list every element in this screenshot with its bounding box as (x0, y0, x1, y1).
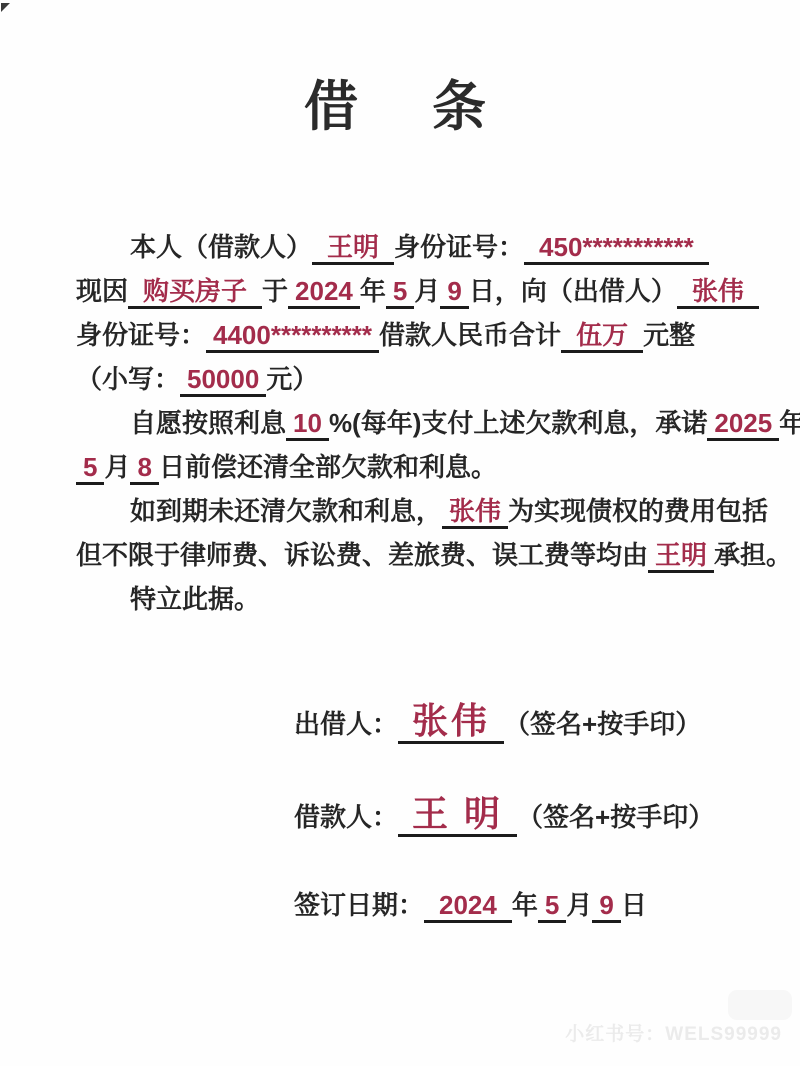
static-text: 月 (104, 452, 130, 482)
static-text: 月 (414, 276, 440, 306)
document-title: 借 条 (0, 64, 800, 141)
static-text: 现因 (76, 276, 128, 306)
filled-blank: 450*********** (524, 232, 709, 265)
faded-badge (728, 990, 792, 1020)
filled-blank: 10 (286, 408, 329, 441)
filled-blank: 8 (130, 452, 158, 485)
filled-blank: 王明 (648, 540, 714, 573)
static-text: 元） (266, 364, 318, 394)
static-text: 出借人： (294, 709, 398, 739)
signing-date-line: 签订日期：2024年5月9日 (294, 885, 800, 922)
body-line-amount-numeric: （小写：50000元） (76, 357, 754, 401)
filled-blank: 5 (386, 276, 414, 309)
handwritten-signature: 王 明 (398, 793, 517, 837)
lender-signature-line: 出借人：张伟（签名+按手印） (294, 693, 800, 744)
static-text: （签名+按手印） (504, 709, 701, 739)
body-line-closing: 特立此据。 (76, 577, 754, 621)
filled-blank: 9 (592, 890, 620, 923)
iou-document-page: 借 条 本人（借款人）王明身份证号：450*********** 现因购买房子于… (0, 0, 800, 1066)
body-line-repay-date: 5月8日前偿还清全部欠款和利息。 (76, 445, 754, 489)
filled-blank: 4400********** (206, 320, 379, 353)
document-body: 本人（借款人）王明身份证号：450*********** 现因购买房子于2024… (76, 225, 754, 621)
static-text: 借款人民币合计 (379, 320, 561, 350)
filled-blank: 5 (538, 890, 566, 923)
static-text: 签订日期： (294, 890, 424, 920)
borrower-signature-line: 借款人：王 明（签名+按手印） (294, 786, 800, 837)
static-text: 借款人： (294, 802, 398, 832)
body-line-lender-id-amount: 身份证号：4400**********借款人民币合计伍万元整 (76, 313, 754, 357)
body-line-default-clause-2: 但不限于律师费、诉讼费、差旅费、误工费等均由王明承担。 (76, 533, 754, 577)
static-text: 身份证号： (76, 320, 206, 350)
filled-blank: 张伟 (442, 496, 508, 529)
static-text: （签名+按手印） (517, 802, 714, 832)
body-line-interest: 自愿按照利息10%(每年)支付上述欠款利息，承诺2025年 (76, 401, 754, 445)
static-text: 日，向（出借人） (469, 276, 677, 306)
static-text: %(每年)支付上述欠款利息，承诺 (329, 408, 707, 438)
filled-blank: 2024 (424, 890, 512, 923)
static-text: 月 (566, 890, 592, 920)
static-text: 元整 (643, 320, 695, 350)
static-text: 本人（借款人） (130, 232, 312, 262)
static-text: 身份证号： (394, 232, 524, 262)
static-text: 自愿按照利息 (130, 408, 286, 438)
filled-blank: 伍万 (561, 320, 643, 353)
filled-blank: 5 (76, 452, 104, 485)
filled-blank: 张伟 (677, 276, 759, 309)
static-text: 但不限于律师费、诉讼费、差旅费、误工费等均由 (76, 540, 648, 570)
filled-blank: 50000 (180, 364, 266, 397)
static-text: 承担。 (714, 540, 792, 570)
static-text: 年 (779, 408, 800, 438)
filled-blank: 王明 (312, 232, 394, 265)
body-line-borrower-id: 本人（借款人）王明身份证号：450*********** (76, 225, 754, 269)
static-text: 年 (512, 890, 538, 920)
xiaohongshu-watermark: 小红书号：WELS99999 (565, 1019, 782, 1046)
static-text: 日前偿还清全部欠款和利息。 (159, 452, 497, 482)
filled-blank: 2025 (707, 408, 779, 441)
handwritten-signature: 张伟 (398, 700, 504, 744)
body-line-reason-date: 现因购买房子于2024年5月9日，向（出借人）张伟 (76, 269, 754, 313)
static-text: 如到期未还清欠款和利息， (130, 496, 442, 526)
static-text: 于 (262, 276, 288, 306)
filled-blank: 2024 (288, 276, 360, 309)
signature-block: 出借人：张伟（签名+按手印） 借款人：王 明（签名+按手印） 签订日期：2024… (294, 693, 800, 922)
static-text: （小写： (76, 364, 180, 394)
static-text: 年 (360, 276, 386, 306)
corner-artifact (1, 3, 10, 12)
static-text: 日 (621, 890, 647, 920)
filled-blank: 9 (440, 276, 468, 309)
filled-blank: 购买房子 (128, 276, 262, 309)
body-line-default-clause-1: 如到期未还清欠款和利息，张伟为实现债权的费用包括 (76, 489, 754, 533)
static-text: 特立此据。 (130, 584, 260, 614)
static-text: 为实现债权的费用包括 (508, 496, 768, 526)
